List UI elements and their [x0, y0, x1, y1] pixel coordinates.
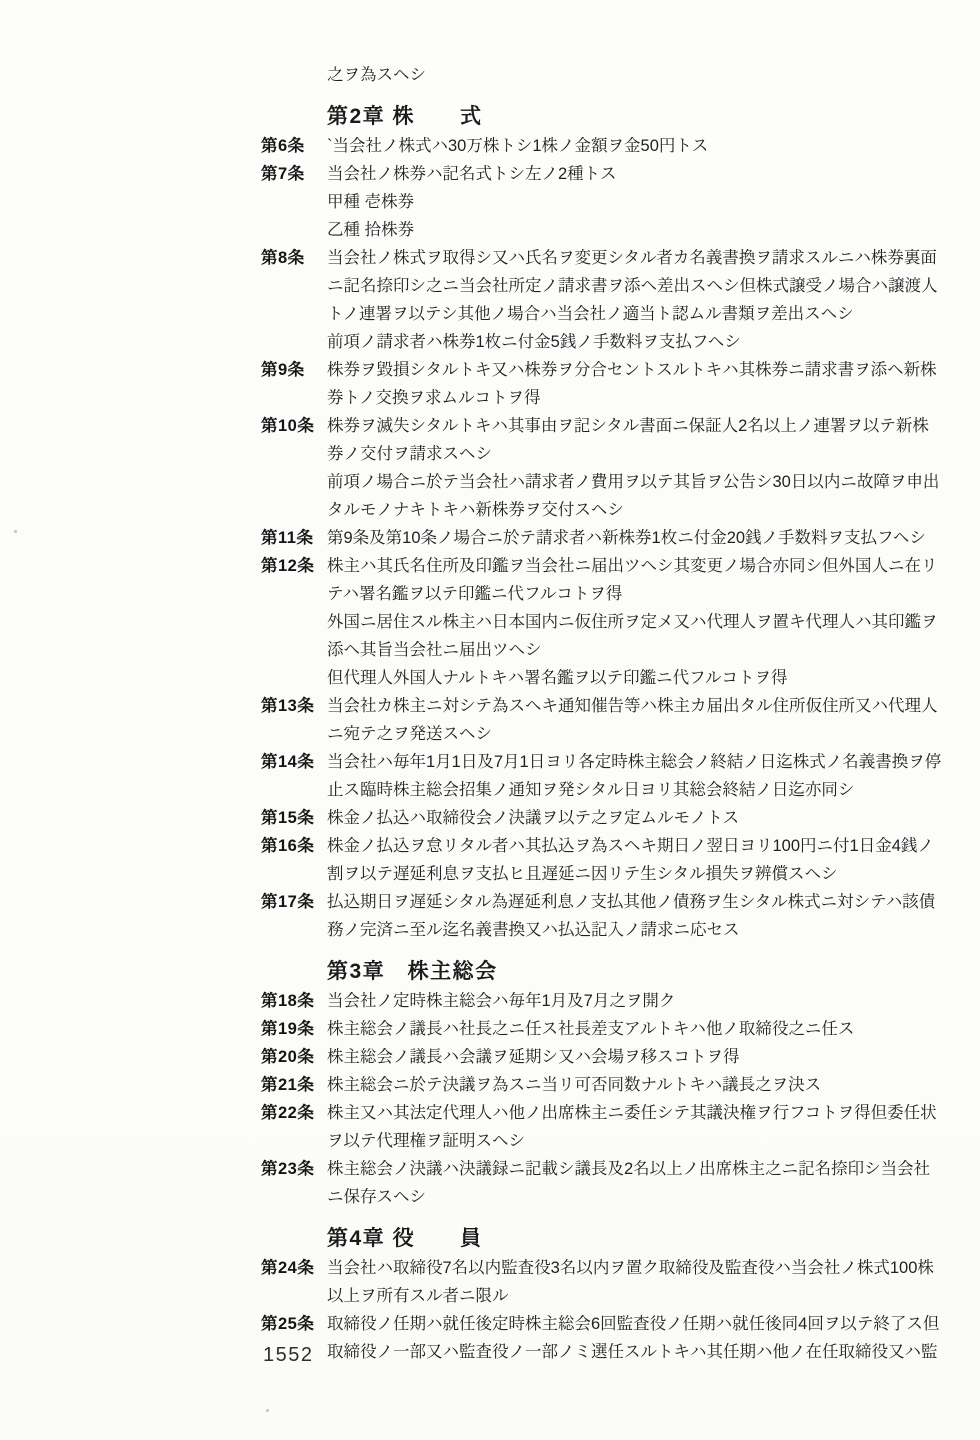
article: 第23条株主総会ノ決議ハ決議録ニ記載シ議長及2名以上ノ出席株主之ニ記名捺印シ当会… [261, 1155, 951, 1211]
text-line: 務ノ完済ニ至ル迄名義書換又ハ払込記入ノ請求ニ応セス [327, 916, 951, 944]
text-line: 株主総会ノ議長ハ社長之ニ任ス社長差支アルトキハ他ノ取締役之ニ任ス [327, 1015, 951, 1043]
text-line: 当会社ノ株式ヲ取得シ又ハ氏名ヲ変更シタル者カ名義書換ヲ請求スルニハ株券裏面 [327, 244, 951, 272]
article-body: 当会社ノ株式ヲ取得シ又ハ氏名ヲ変更シタル者カ名義書換ヲ請求スルニハ株券裏面ニ記名… [327, 244, 951, 356]
article-body: 第9条及第10条ノ場合ニ於テ請求者ハ新株券1枚ニ付金20銭ノ手数料ヲ支払フヘシ [327, 524, 951, 552]
text-line: 券ノ交付ヲ請求スヘシ [327, 440, 951, 468]
article-number: 第15条 [261, 804, 327, 832]
article-body: 株金ノ払込ハ取締役会ノ決議ヲ以テ之ヲ定ムルモノトス [327, 804, 951, 832]
article: 第21条株主総会ニ於テ決議ヲ為スニ当リ可否同数ナルトキハ議長之ヲ決ス [261, 1071, 951, 1099]
article-number: 第13条 [261, 692, 327, 748]
article-body: 之ヲ為スヘシ [327, 61, 951, 89]
article-number [261, 61, 327, 89]
article: 第16条株金ノ払込ヲ怠リタル者ハ其払込ヲ為スヘキ期日ノ翌日ヨリ100円ニ付1日金… [261, 832, 951, 888]
article: 第20条株主総会ノ議長ハ会議ヲ延期シ又ハ会場ヲ移スコトヲ得 [261, 1043, 951, 1071]
article-number: 第18条 [261, 987, 327, 1015]
text-line: 当会社ハ取締役7名以内監査役3名以内ヲ置ク取締役及監査役ハ当会社ノ株式100株 [327, 1254, 951, 1282]
article-body: 株主ハ其氏名住所及印鑑ヲ当会社ニ届出ツヘシ其変更ノ場合亦同シ但外国人ニ在リテハ署… [327, 552, 951, 692]
text-line: ニ保存スヘシ [327, 1183, 951, 1211]
text-line: 株主総会ノ決議ハ決議録ニ記載シ議長及2名以上ノ出席株主之ニ記名捺印シ当会社 [327, 1155, 951, 1183]
article: 第7条当会社ノ株券ハ記名式トシ左ノ2種トス甲種 壱株券乙種 拾株券 [261, 160, 951, 244]
text-line: 但代理人外国人ナルトキハ署名鑑ヲ以テ印鑑ニ代フルコトヲ得 [327, 664, 951, 692]
text-line: 払込期日ヲ遅延シタル為遅延利息ノ支払其他ノ債務ヲ生シタル株式ニ対シテハ該債 [327, 888, 951, 916]
article-number: 第12条 [261, 552, 327, 692]
text-line: 当会社ノ定時株主総会ハ毎年1月及7月之ヲ開ク [327, 987, 951, 1015]
article-body: 払込期日ヲ遅延シタル為遅延利息ノ支払其他ノ債務ヲ生シタル株式ニ対シテハ該債務ノ完… [327, 888, 951, 944]
article-number: 第10条 [261, 412, 327, 524]
text-line: ニ宛テ之ヲ発送スヘシ [327, 720, 951, 748]
text-line: 甲種 壱株券 [327, 188, 951, 216]
text-line: 取締役ノ任期ハ就任後定時株主総会6回監査役ノ任期ハ就任後同4回ヲ以テ終了ス但 [327, 1310, 951, 1338]
text-line: `当会社ノ株式ハ30万株トシ1株ノ金額ヲ金50円トス [327, 132, 951, 160]
article: 第25条取締役ノ任期ハ就任後定時株主総会6回監査役ノ任期ハ就任後同4回ヲ以テ終了… [261, 1310, 951, 1366]
article-number: 第6条 [261, 132, 327, 160]
text-line: 止ス臨時株主総会招集ノ通知ヲ発シタル日ヨリ其総会終結ノ日迄亦同シ [327, 776, 951, 804]
text-line: 前項ノ場合ニ於テ当会社ハ請求者ノ費用ヲ以テ其旨ヲ公告シ30日以内ニ故障ヲ申出 [327, 468, 951, 496]
article: 第14条当会社ハ毎年1月1日及7月1日ヨリ各定時株主総会ノ終結ノ日迄株式ノ名義書… [261, 748, 951, 804]
text-line: 株主総会ニ於テ決議ヲ為スニ当リ可否同数ナルトキハ議長之ヲ決ス [327, 1071, 951, 1099]
article-number: 第16条 [261, 832, 327, 888]
article-body: `当会社ノ株式ハ30万株トシ1株ノ金額ヲ金50円トス [327, 132, 951, 160]
article-number: 第9条 [261, 356, 327, 412]
article-body: 株主総会ノ議長ハ社長之ニ任ス社長差支アルトキハ他ノ取締役之ニ任ス [327, 1015, 951, 1043]
article-number: 第8条 [261, 244, 327, 356]
text-line: 当会社ノ株券ハ記名式トシ左ノ2種トス [327, 160, 951, 188]
article-number: 第24条 [261, 1254, 327, 1310]
text-line: 乙種 拾株券 [327, 216, 951, 244]
article-body: 当会社ハ毎年1月1日及7月1日ヨリ各定時株主総会ノ終結ノ日迄株式ノ名義書換ヲ停止… [327, 748, 951, 804]
text-line: 株主総会ノ議長ハ会議ヲ延期シ又ハ会場ヲ移スコトヲ得 [327, 1043, 951, 1071]
article: 第9条株券ヲ毀損シタルトキ又ハ株券ヲ分合セントスルトキハ其株券ニ請求書ヲ添ヘ新株… [261, 356, 951, 412]
article-number: 第23条 [261, 1155, 327, 1211]
text-line: 以上ヲ所有スル者ニ限ル [327, 1282, 951, 1310]
chapter-heading: 第2章 株 式 [327, 102, 951, 132]
text-line: 株券ヲ滅失シタルトキハ其事由ヲ記シタル書面ニ保証人2名以上ノ連署ヲ以テ新株 [327, 412, 951, 440]
text-line: 割ヲ以テ遅延利息ヲ支払ヒ且遅延ニ因リテ生シタル損失ヲ辨償スヘシ [327, 860, 951, 888]
article: 第17条払込期日ヲ遅延シタル為遅延利息ノ支払其他ノ債務ヲ生シタル株式ニ対シテハ該… [261, 888, 951, 944]
article-body: 当会社カ株主ニ対シテ為スヘキ通知催告等ハ株主カ届出タル住所仮住所又ハ代理人ニ宛テ… [327, 692, 951, 748]
article: 第6条`当会社ノ株式ハ30万株トシ1株ノ金額ヲ金50円トス [261, 132, 951, 160]
article-body: 取締役ノ任期ハ就任後定時株主総会6回監査役ノ任期ハ就任後同4回ヲ以テ終了ス但取締… [327, 1310, 951, 1366]
text-line: 株金ノ払込ハ取締役会ノ決議ヲ以テ之ヲ定ムルモノトス [327, 804, 951, 832]
scan-speck [14, 530, 17, 533]
article-number: 第21条 [261, 1071, 327, 1099]
chapter-heading: 第4章 役 員 [327, 1224, 951, 1254]
article: 第12条株主ハ其氏名住所及印鑑ヲ当会社ニ届出ツヘシ其変更ノ場合亦同シ但外国人ニ在… [261, 552, 951, 692]
article-body: 株券ヲ毀損シタルトキ又ハ株券ヲ分合セントスルトキハ其株券ニ請求書ヲ添ヘ新株券トノ… [327, 356, 951, 412]
article: 第18条当会社ノ定時株主総会ハ毎年1月及7月之ヲ開ク [261, 987, 951, 1015]
text-line: 第9条及第10条ノ場合ニ於テ請求者ハ新株券1枚ニ付金20銭ノ手数料ヲ支払フヘシ [327, 524, 951, 552]
text-line: 株主又ハ其法定代理人ハ他ノ出席株主ニ委任シテ其議決権ヲ行フコトヲ得但委任状 [327, 1099, 951, 1127]
text-line: 之ヲ為スヘシ [327, 61, 951, 89]
article: 第10条株券ヲ滅失シタルトキハ其事由ヲ記シタル書面ニ保証人2名以上ノ連署ヲ以テ新… [261, 412, 951, 524]
text-line: 株金ノ払込ヲ怠リタル者ハ其払込ヲ為スヘキ期日ノ翌日ヨリ100円ニ付1日金4銭ノ [327, 832, 951, 860]
article: 第22条株主又ハ其法定代理人ハ他ノ出席株主ニ委任シテ其議決権ヲ行フコトヲ得但委任… [261, 1099, 951, 1155]
article-body: 株券ヲ滅失シタルトキハ其事由ヲ記シタル書面ニ保証人2名以上ノ連署ヲ以テ新株券ノ交… [327, 412, 951, 524]
article: 第11条第9条及第10条ノ場合ニ於テ請求者ハ新株券1枚ニ付金20銭ノ手数料ヲ支払… [261, 524, 951, 552]
article-body: 株主総会ノ決議ハ決議録ニ記載シ議長及2名以上ノ出席株主之ニ記名捺印シ当会社ニ保存… [327, 1155, 951, 1211]
article-number: 第7条 [261, 160, 327, 244]
text-line: 当会社ハ毎年1月1日及7月1日ヨリ各定時株主総会ノ終結ノ日迄株式ノ名義書換ヲ停 [327, 748, 951, 776]
article-body: 当会社ハ取締役7名以内監査役3名以内ヲ置ク取締役及監査役ハ当会社ノ株式100株以… [327, 1254, 951, 1310]
article: 第8条当会社ノ株式ヲ取得シ又ハ氏名ヲ変更シタル者カ名義書換ヲ請求スルニハ株券裏面… [261, 244, 951, 356]
article-body: 株金ノ払込ヲ怠リタル者ハ其払込ヲ為スヘキ期日ノ翌日ヨリ100円ニ付1日金4銭ノ割… [327, 832, 951, 888]
page-number: 1552 [263, 1344, 314, 1367]
continuation-paragraph: 之ヲ為スヘシ [261, 61, 951, 89]
article-number: 第14条 [261, 748, 327, 804]
text-line: ヲ以テ代理権ヲ証明スヘシ [327, 1127, 951, 1155]
document-content: 之ヲ為スヘシ第2章 株 式第6条`当会社ノ株式ハ30万株トシ1株ノ金額ヲ金50円… [261, 61, 951, 1366]
article: 第13条当会社カ株主ニ対シテ為スヘキ通知催告等ハ株主カ届出タル住所仮住所又ハ代理… [261, 692, 951, 748]
article-body: 当会社ノ株券ハ記名式トシ左ノ2種トス甲種 壱株券乙種 拾株券 [327, 160, 951, 244]
article-body: 株主総会ノ議長ハ会議ヲ延期シ又ハ会場ヲ移スコトヲ得 [327, 1043, 951, 1071]
text-line: 株券ヲ毀損シタルトキ又ハ株券ヲ分合セントスルトキハ其株券ニ請求書ヲ添ヘ新株 [327, 356, 951, 384]
article-number: 第19条 [261, 1015, 327, 1043]
article-number: 第11条 [261, 524, 327, 552]
text-line: 券トノ交換ヲ求ムルコトヲ得 [327, 384, 951, 412]
text-line: ニ記名捺印シ之ニ当会社所定ノ請求書ヲ添ヘ差出スヘシ但株式譲受ノ場合ハ譲渡人 [327, 272, 951, 300]
text-line: タルモノナキトキハ新株券ヲ交付スヘシ [327, 496, 951, 524]
article-number: 第22条 [261, 1099, 327, 1155]
text-line: 外国ニ居住スル株主ハ日本国内ニ仮住所ヲ定メ又ハ代理人ヲ置キ代理人ハ其印鑑ヲ [327, 608, 951, 636]
article: 第24条当会社ハ取締役7名以内監査役3名以内ヲ置ク取締役及監査役ハ当会社ノ株式1… [261, 1254, 951, 1310]
article: 第19条株主総会ノ議長ハ社長之ニ任ス社長差支アルトキハ他ノ取締役之ニ任ス [261, 1015, 951, 1043]
text-line: テハ署名鑑ヲ以テ印鑑ニ代フルコトヲ得 [327, 580, 951, 608]
text-line: トノ連署ヲ以テシ其他ノ場合ハ当会社ノ適当ト認ムル書類ヲ差出スヘシ [327, 300, 951, 328]
article: 第15条株金ノ払込ハ取締役会ノ決議ヲ以テ之ヲ定ムルモノトス [261, 804, 951, 832]
chapter-heading: 第3章 株主総会 [327, 957, 951, 987]
article-body: 株主又ハ其法定代理人ハ他ノ出席株主ニ委任シテ其議決権ヲ行フコトヲ得但委任状ヲ以テ… [327, 1099, 951, 1155]
text-line: 当会社カ株主ニ対シテ為スヘキ通知催告等ハ株主カ届出タル住所仮住所又ハ代理人 [327, 692, 951, 720]
text-line: 添ヘ其旨当会社ニ届出ツヘシ [327, 636, 951, 664]
article-number: 第20条 [261, 1043, 327, 1071]
article-body: 当会社ノ定時株主総会ハ毎年1月及7月之ヲ開ク [327, 987, 951, 1015]
article-number: 第17条 [261, 888, 327, 944]
scanned-document-page: 之ヲ為スヘシ第2章 株 式第6条`当会社ノ株式ハ30万株トシ1株ノ金額ヲ金50円… [0, 0, 980, 1440]
article-body: 株主総会ニ於テ決議ヲ為スニ当リ可否同数ナルトキハ議長之ヲ決ス [327, 1071, 951, 1099]
text-line: 取締役ノ一部又ハ監査役ノ一部ノミ選任スルトキハ其任期ハ他ノ在任取締役又ハ監 [327, 1338, 951, 1366]
text-line: 前項ノ請求者ハ株券1枚ニ付金5銭ノ手数料ヲ支払フヘシ [327, 328, 951, 356]
text-line: 株主ハ其氏名住所及印鑑ヲ当会社ニ届出ツヘシ其変更ノ場合亦同シ但外国人ニ在リ [327, 552, 951, 580]
scan-speck [266, 1409, 269, 1412]
